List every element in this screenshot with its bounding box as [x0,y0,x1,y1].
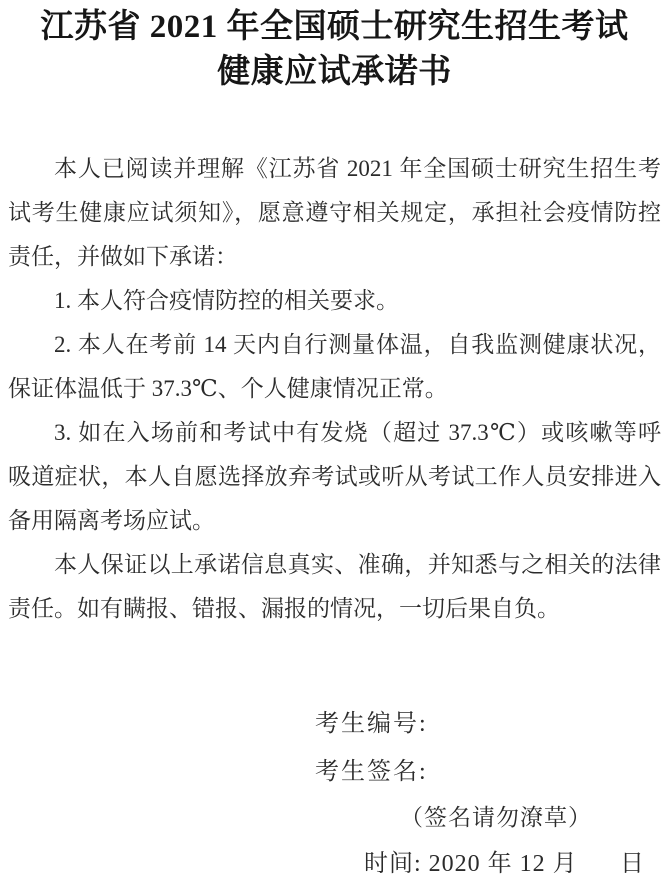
body-line: 1. 本人符合疫情防控的相关要求。 [8,279,661,323]
body-line: 保证体温低于 37.3℃、个人健康情况正常。 [8,367,661,411]
body-line: 2. 本人在考前 14 天内自行测量体温，自我监测健康状况， [8,323,661,367]
document-title: 江苏省 2021 年全国硕士研究生招生考试 健康应试承诺书 [0,0,669,95]
candidate-signature-label: 考生签名: [315,756,428,788]
document-body: 本人已阅读并理解《江苏省 2021 年全国硕士研究生招生考 试考生健康应试须知》… [8,147,661,631]
body-line: 3. 如在入场前和考试中有发烧（超过 37.3℃）或咳嗽等呼 [8,411,661,455]
document-page: 江苏省 2021 年全国硕士研究生招生考试 健康应试承诺书 本人已阅读并理解《江… [0,0,669,890]
body-line: 吸道症状，本人自愿选择放弃考试或听从考试工作人员安排进入 [8,455,661,499]
signature-legibility-note: （签名请勿潦草） [400,802,592,834]
date-day-label: 日 [620,848,644,880]
candidate-number-label: 考生编号: [315,708,428,740]
body-line: 责任。如有瞒报、错报、漏报的情况，一切后果自负。 [8,587,661,631]
title-line-2: 健康应试承诺书 [0,50,669,95]
title-line-1: 江苏省 2021 年全国硕士研究生招生考试 [0,5,669,50]
body-line: 备用隔离考场应试。 [8,499,661,543]
body-line: 试考生健康应试须知》，愿意遵守相关规定，承担社会疫情防控 [8,191,661,235]
date-label: 时间: 2020 年 12 月 [364,848,578,880]
body-line: 责任，并做如下承诺： [8,235,661,279]
body-line: 本人保证以上承诺信息真实、准确，并知悉与之相关的法律 [8,543,661,587]
body-line: 本人已阅读并理解《江苏省 2021 年全国硕士研究生招生考 [8,147,661,191]
